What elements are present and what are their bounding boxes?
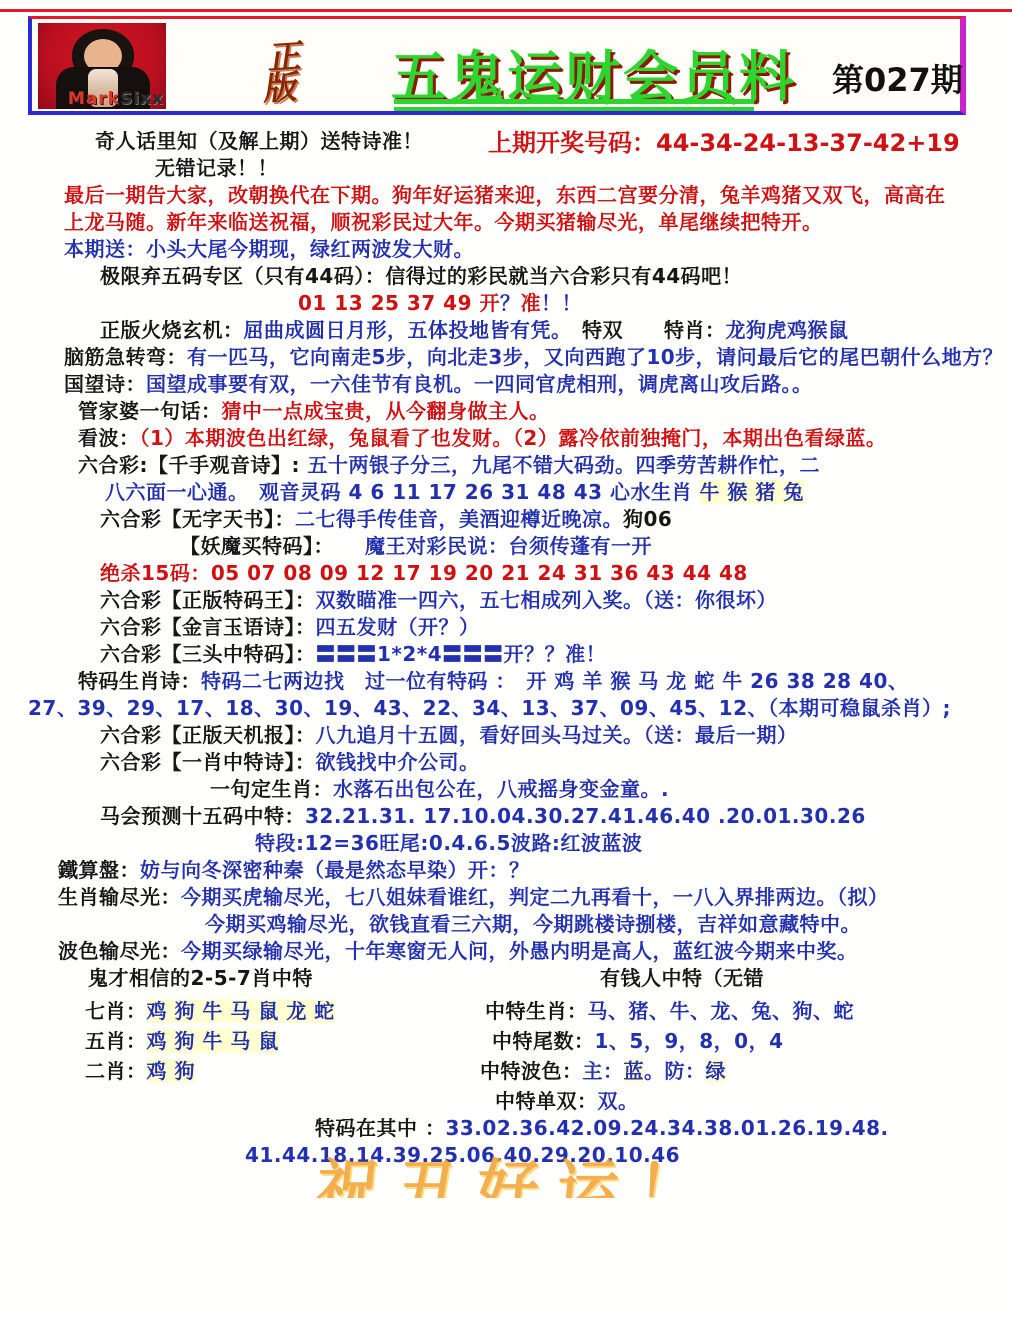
text-line: 特码生肖诗：特码二七两边找 过一位有特码 ： 开 鸡 羊 猴 马 龙 蛇 牛 2…	[78, 669, 908, 693]
text-line: 01 13 25 37 49 开？准！！	[298, 291, 582, 315]
text-line: 五肖：鸡 狗 牛 马 鼠	[85, 1029, 279, 1053]
text-line: 六合彩【正版特码王】：双数瞄准一四六，五七相成列入奖。（送：你很坏）	[100, 588, 777, 612]
text-segment: 鸡 狗	[147, 1059, 195, 1083]
text-segment: 六合彩【正版天机报】：	[100, 723, 316, 747]
edition-mark: 正版	[257, 40, 310, 105]
text-segment: 狗06	[623, 507, 672, 531]
text-line: 上期开奖号码：44-34-24-13-37-42+19	[488, 131, 960, 155]
text-segment: ？	[500, 291, 521, 315]
masthead-photo: MarkSixx	[38, 23, 166, 109]
text-line: 上龙马随。新年来临送祝福，顺祝彩民过大年。今期买猪输尽光，单尾继续把特开。	[64, 210, 823, 234]
text-line: 鐵算盤：妨与向冬深密种秦（最是然态早染）开：？	[58, 858, 530, 882]
text-line: 鬼才相信的2-5-7肖中特	[88, 966, 313, 990]
text-segment: ！！	[541, 291, 582, 315]
text-segment: 特码在其中 ：	[315, 1116, 445, 1140]
text-line: 二肖：鸡 狗	[85, 1059, 195, 1083]
text-segment: 七肖：	[85, 999, 147, 1023]
text-line: 特码在其中 ：33.02.36.42.09.24.34.38.01.26.19.…	[315, 1116, 889, 1140]
title-underline	[394, 99, 754, 104]
text-segment: 双数瞄准一四六，五七相成列入奖。（送：你很坏）	[316, 588, 778, 612]
text-line: 国望诗：国望成事要有双，一六佳节有良机。一四同官虎相刑，调虎离山攻后路。。	[64, 372, 813, 396]
text-line: 特段:12=36旺尾:0.4.6.5波路:红波蓝波	[255, 831, 642, 855]
text-segment: 上龙马随。新年来临送祝福，顺祝彩民过大年。今期买猪输尽光，单尾继续把特开。	[64, 210, 823, 234]
text-line: 六合彩【三头中特码】：〓〓〓1*2*4〓〓〓开？？准！	[100, 642, 606, 666]
text-segment: 二肖：	[85, 1059, 147, 1083]
text-line: 绝杀15码：05 07 08 09 12 17 19 20 21 24 31 3…	[100, 561, 748, 585]
text-segment: 今期买绿输尽光，十年寒窗无人问，外愚内明是高人，蓝红波今期来中奖。	[181, 939, 858, 963]
text-segment: 中特单双：	[495, 1089, 598, 1113]
text-segment: 今期买虎输尽光，七八姐妹看谁红，判定二九再看十，一八入界排两边。（拟）	[181, 885, 889, 909]
text-segment: 最后一期告大家，改朝换代在下期。狗年好运猪来迎，东西二宫要分清，兔羊鸡猪又双飞，…	[64, 183, 946, 207]
text-segment: 有钱人中特（无错	[600, 966, 764, 990]
text-segment: 一句定生肖：	[210, 777, 333, 801]
text-line: 极限弃五码专区（只有44码）：信得过的彩民就当六合彩只有44码吧！	[100, 264, 742, 288]
text-line: 波色输尽光：今期买绿输尽光，十年寒窗无人问，外愚内明是高人，蓝红波今期来中奖。	[58, 939, 858, 963]
text-segment: （1）本期波色出红绿，兔鼠看了也发财。（2）露冷依前独掩门，本期出色看绿蓝。	[140, 426, 887, 450]
text-line: 六合彩:【千手观音诗】: 五十两银子分三，九尾不错大码劲。四季劳苦耕作忙，二	[78, 453, 820, 477]
text-line: 奇人话里知（及解上期）送特诗准！	[95, 129, 423, 153]
text-line: 最后一期告大家，改朝换代在下期。狗年好运猪来迎，东西二宫要分清，兔羊鸡猪又双飞，…	[64, 183, 946, 207]
text-line: 七肖：鸡 狗 牛 马 鼠 龙 蛇	[85, 999, 335, 1023]
text-segment: 【妖魔买特码】：	[180, 534, 324, 558]
text-segment: 中特波色：	[480, 1059, 583, 1083]
text-segment: 脑筋急转弯：	[64, 345, 187, 369]
photo-caption-mark: Mark	[68, 89, 120, 109]
text-segment: 六合彩【三头中特码】：	[100, 642, 316, 666]
text-line: 六合彩【正版天机报】：八九追月十五圆，看好回头马过关。（送：最后一期）	[100, 723, 798, 747]
text-segment: 二七得手传佳音，美酒迎樽近晚凉。	[295, 507, 623, 531]
text-line: 无错记录！！	[155, 156, 278, 180]
text-segment: 生肖输尽光：	[58, 885, 181, 909]
text-segment: 六合彩:【千手观音诗】:	[78, 453, 300, 477]
text-line: 六合彩【无字天书】：二七得手传佳音，美酒迎樽近晚凉。狗06	[100, 507, 672, 531]
text-line: 六合彩【一肖中特诗】：欲钱找中介公司。	[100, 750, 480, 774]
text-segment: 开？？准！	[504, 642, 607, 666]
text-segment: 波色输尽光：	[58, 939, 181, 963]
text-line: 生肖输尽光：今期买虎输尽光，七八姐妹看谁红，判定二九再看十，一八入界排两边。（拟…	[58, 885, 889, 909]
text-segment: 主：	[583, 1059, 624, 1083]
text-line: 中特生肖：马、猪、牛、龙、兔、狗、蛇	[485, 999, 854, 1023]
text-segment: 33.02.36.42.09.24.34.38.01.26.19.48.	[445, 1116, 888, 1140]
text-segment: 屈曲成圆日月形，五体投地皆有凭。	[244, 318, 562, 342]
text-segment: 五十两银子分三，九尾不错大码劲。四季劳苦耕作忙，二	[300, 453, 820, 477]
text-segment: 上期开奖号码：44-34-24-13-37-42+19	[488, 129, 960, 157]
text-segment: 有一匹马，它向南走5步，向北走3步，又向西跑了10步，请问最后它的尾巴朝什么地方…	[187, 345, 1003, 369]
text-segment: 妨与向冬深密种秦（最是然态早染）开：？	[140, 858, 530, 882]
text-line: 管家婆一句话：猜中一点成宝贵，从今翻身做主人。	[78, 399, 550, 423]
greeting-watermark: 祝丑好运！	[315, 1150, 740, 1198]
text-segment: 马会预测十五码中特：	[100, 804, 305, 828]
text-line: 八六面一心通。 观音灵码 4 6 11 17 26 31 48 43 心水生肖 …	[105, 480, 804, 504]
text-segment: 猜中一点成宝贵，从今翻身做主人。	[222, 399, 550, 423]
text-segment: 六合彩【金言玉语诗】：	[100, 615, 316, 639]
text-segment: 。防：	[644, 1059, 706, 1083]
text-segment: 鸡 狗 牛 马 鼠	[147, 1029, 279, 1053]
text-segment: 八九追月十五圆，看好回头马过关。（送：最后一期）	[316, 723, 798, 747]
text-line: 正版火烧玄机：屈曲成圆日月形，五体投地皆有凭。 特双 特肖：龙狗虎鸡猴鼠	[100, 318, 849, 342]
text-line: 本期送：小头大尾今期现，绿红两波发大财。	[64, 237, 474, 261]
text-line: 【妖魔买特码】： 魔王对彩民说：台须传蓬有一开	[180, 534, 652, 558]
text-segment: 马、猪、牛、龙、兔、狗、蛇	[588, 999, 855, 1023]
text-segment: 牛 猴 猪 兔	[699, 480, 803, 504]
text-segment: 准	[520, 291, 541, 315]
text-segment: 看波：	[78, 426, 140, 450]
photo-caption: MarkSixx	[38, 89, 164, 109]
text-segment: 国望诗：	[64, 372, 146, 396]
text-segment: 〓〓〓1*2*4〓〓〓	[316, 642, 504, 666]
text-line: 有钱人中特（无错	[600, 966, 764, 990]
text-segment: 无错记录！！	[155, 156, 278, 180]
text-segment: 32.21.31. 17.10.04.30.27.41.46.40 .20.01…	[305, 804, 866, 828]
text-segment: 五肖：	[85, 1029, 147, 1053]
text-segment: 鐵算盤：	[58, 858, 140, 882]
text-segment: 国望成事要有双，一六佳节有良机。一四同官虎相刑，调虎离山攻后路。。	[146, 372, 813, 396]
text-line: 一句定生肖：水落石出包公在，八戒摇身变金童。.	[210, 777, 669, 801]
text-segment: 特码二七两边找 过一位有特码 ： 开 鸡 羊 猴 马 龙 蛇 牛 26 38 2…	[201, 669, 908, 693]
text-line: 脑筋急转弯：有一匹马，它向南走5步，向北走3步，又向西跑了10步，请问最后它的尾…	[64, 345, 1003, 369]
text-segment: 水落石出包公在，八戒摇身变金童。.	[333, 777, 669, 801]
text-segment: 蓝	[624, 1059, 645, 1083]
text-segment: 特肖：	[664, 318, 726, 342]
text-line: 中特尾数：1、5，9，8，0，4	[492, 1029, 784, 1053]
text-segment: 特双	[562, 318, 665, 342]
masthead: MarkSixx 正版 五鬼运财会员料 第027期	[28, 16, 966, 115]
text-segment: 奇人话里知（及解上期）送特诗准！	[95, 129, 423, 153]
text-segment: 八六面一心通。 观音灵码 4 6 11 17 26 31 48 43 心水生肖	[105, 480, 699, 504]
lottery-tip-sheet: MarkSixx 正版 五鬼运财会员料 第027期 奇人话里知（及解上期）送特诗…	[0, 0, 1012, 1321]
top-red-rule	[0, 9, 1012, 12]
text-line: 六合彩【金言玉语诗】：四五发财（开？）	[100, 615, 480, 639]
text-line: 今期买鸡输尽光，欲钱直看三六期，今期跳楼诗捌楼，吉祥如意藏特中。	[205, 912, 861, 936]
text-segment: 四五发财（开？）	[316, 615, 480, 639]
text-segment: 27、39、29、17、18、30、19、43、22、34、13、37、09、4…	[28, 696, 951, 720]
text-segment: 01 13 25 37 49 开	[298, 291, 500, 315]
text-segment: 魔王对彩民说：台须传蓬有一开	[324, 534, 652, 558]
text-segment: 绿	[706, 1059, 727, 1083]
text-segment: 1、5，9，8，0，4	[595, 1029, 784, 1053]
text-segment: 中特生肖：	[485, 999, 588, 1023]
text-segment: 六合彩【正版特码王】：	[100, 588, 316, 612]
text-line: 27、39、29、17、18、30、19、43、22、34、13、37、09、4…	[28, 696, 951, 720]
text-segment: 六合彩【无字天书】：	[100, 507, 295, 531]
text-segment: 本期送：小头大尾今期现，绿红两波发大财。	[64, 237, 474, 261]
text-segment: 六合彩【一肖中特诗】：	[100, 750, 316, 774]
text-line: 中特波色：主：蓝。防：绿	[480, 1059, 726, 1083]
text-segment: 极限弃五码专区（只有44码）：信得过的彩民就当六合彩只有44码吧！	[100, 264, 742, 288]
text-segment: 特码生肖诗：	[78, 669, 201, 693]
text-line: 看波：（1）本期波色出红绿，兔鼠看了也发财。（2）露冷依前独掩门，本期出色看绿蓝…	[78, 426, 886, 450]
text-segment: 绝杀15码：05 07 08 09 12 17 19 20 21 24 31 3…	[100, 561, 748, 585]
text-segment: 欲钱找中介公司。	[316, 750, 480, 774]
text-line: 中特单双：双。	[495, 1089, 639, 1113]
text-segment: 特段:12=36旺尾:0.4.6.5波路:红波蓝波	[255, 831, 642, 855]
text-segment: 中特尾数：	[492, 1029, 595, 1053]
text-line: 马会预测十五码中特：32.21.31. 17.10.04.30.27.41.46…	[100, 804, 866, 828]
text-segment: 管家婆一句话：	[78, 399, 222, 423]
text-segment: 鸡 狗 牛 马 鼠 龙 蛇	[147, 999, 335, 1023]
text-segment: 正版火烧玄机：	[100, 318, 244, 342]
photo-caption-sixx: Sixx	[120, 89, 164, 109]
text-segment: 鬼才相信的2-5-7肖中特	[88, 966, 313, 990]
issue-number: 第027期	[832, 55, 963, 101]
text-segment: 今期买鸡输尽光，欲钱直看三六期，今期跳楼诗捌楼，吉祥如意藏特中。	[205, 912, 861, 936]
text-segment: 双。	[598, 1089, 639, 1113]
text-segment: 龙狗虎鸡猴鼠	[726, 318, 849, 342]
title-underline	[394, 107, 754, 111]
